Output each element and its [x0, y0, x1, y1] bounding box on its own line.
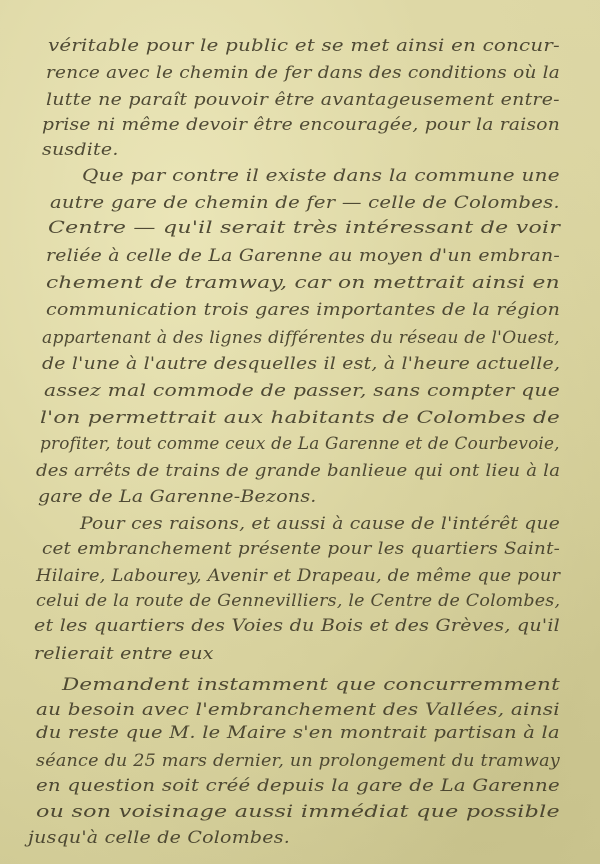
handwritten-line: chement de tramway, car on mettrait ains… [46, 273, 560, 292]
handwritten-line: et les quartiers des Voies du Bois et de… [34, 616, 560, 635]
handwritten-line: communication trois gares importantes de… [46, 300, 560, 319]
handwritten-line: ou son voisinage aussi immédiat que poss… [36, 802, 560, 821]
handwritten-line: susdite. [42, 140, 119, 159]
handwritten-line: des arrêts de trains de grande banlieue … [36, 461, 560, 480]
handwritten-line: autre gare de chemin de fer — celle de C… [50, 193, 560, 212]
handwritten-line: Hilaire, Labourey, Avenir et Drapeau, de… [36, 566, 560, 585]
handwritten-line: Demandent instamment que concurremment [62, 675, 560, 694]
handwritten-line: profiter, tout comme ceux de La Garenne … [40, 434, 560, 453]
handwritten-line: jusqu'à celle de Colombes. [28, 828, 290, 847]
handwritten-line: relierait entre eux [34, 644, 214, 663]
handwritten-line: lutte ne paraît pouvoir être avantageuse… [46, 90, 560, 109]
handwritten-line: cet embranchement présente pour les quar… [42, 539, 560, 558]
handwritten-line: séance du 25 mars dernier, un prolongeme… [36, 751, 560, 770]
handwritten-line: Que par contre il existe dans la commune… [82, 166, 560, 185]
handwritten-line: de l'une à l'autre desquelles il est, à … [42, 354, 560, 373]
handwritten-line: au besoin avec l'embranchement des Vallé… [36, 700, 560, 719]
handwritten-line: Pour ces raisons, et aussi à cause de l'… [80, 514, 560, 533]
handwritten-line: véritable pour le public et se met ainsi… [48, 36, 560, 55]
handwritten-line: Centre — qu'il serait très intéressant d… [48, 218, 560, 237]
handwritten-line: assez mal commode de passer, sans compte… [44, 381, 560, 400]
handwritten-line: gare de La Garenne-Bezons. [38, 487, 317, 506]
manuscript-page: véritable pour le public et se met ainsi… [0, 0, 600, 864]
handwritten-line: prise ni même devoir être encouragée, po… [42, 115, 560, 134]
handwritten-line: reliée à celle de La Garenne au moyen d'… [46, 246, 560, 265]
handwritten-line: en question soit créé depuis la gare de … [36, 776, 560, 795]
handwritten-line: du reste que M. le Maire s'en montrait p… [36, 723, 560, 742]
handwritten-line: appartenant à des lignes différentes du … [42, 328, 560, 347]
handwritten-line: l'on permettrait aux habitants de Colomb… [40, 408, 560, 427]
handwritten-line: rence avec le chemin de fer dans des con… [46, 63, 560, 82]
handwritten-line: celui de la route de Gennevilliers, le C… [36, 591, 560, 610]
